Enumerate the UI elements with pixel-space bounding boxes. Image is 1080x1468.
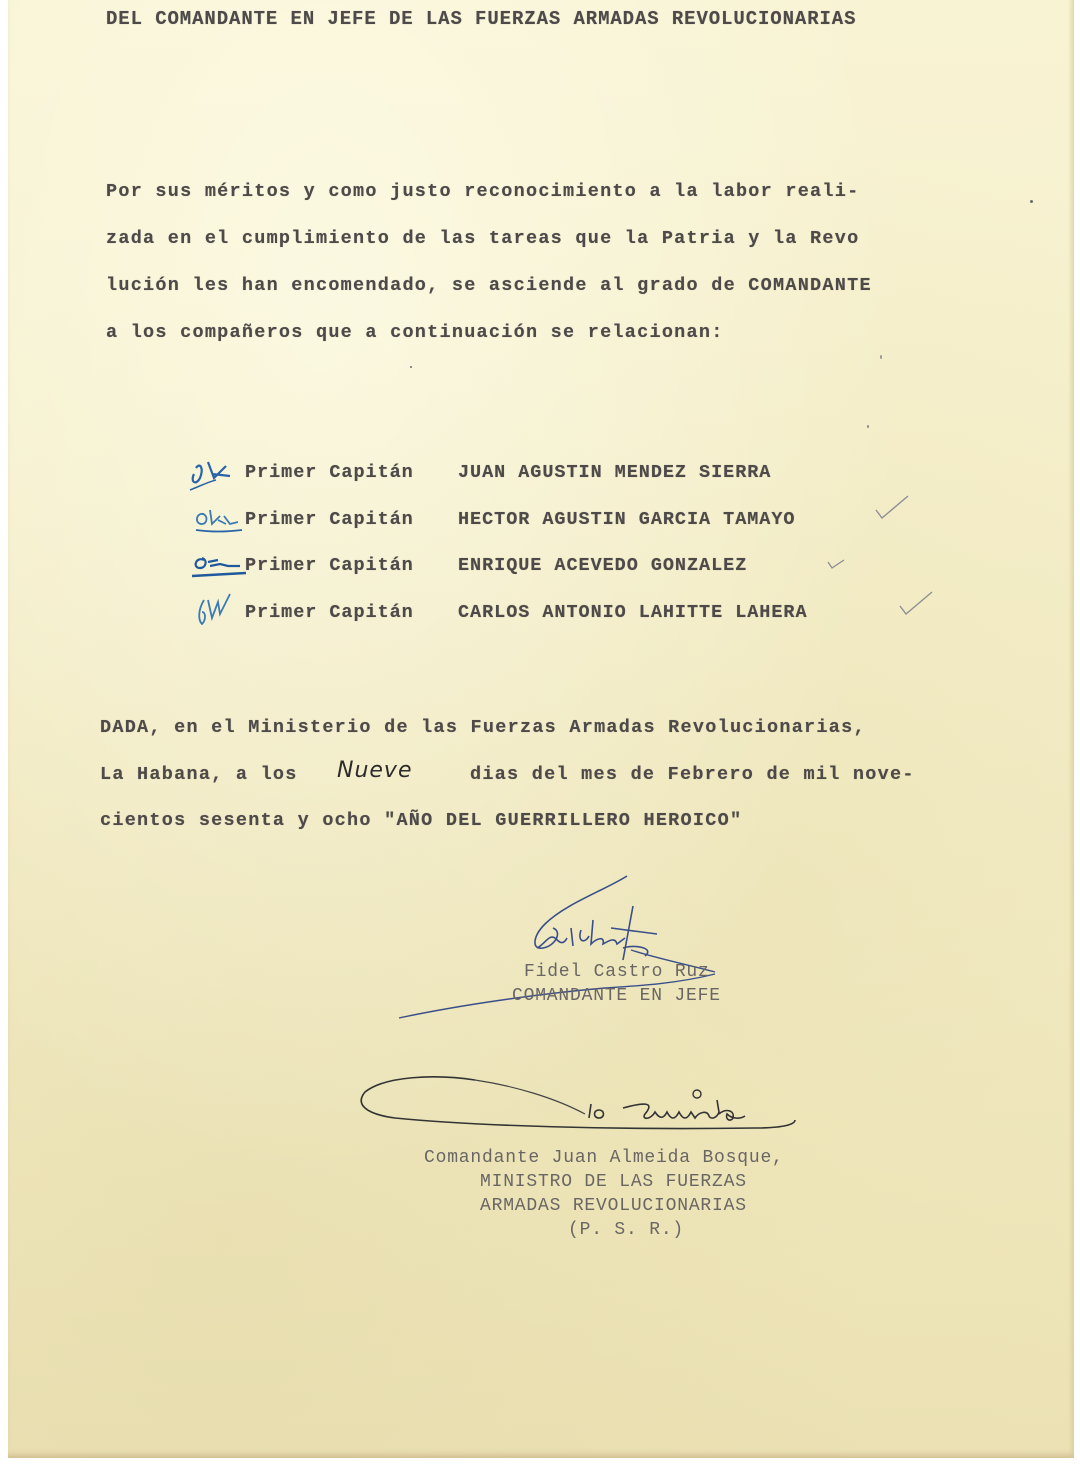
ok-annotation-icon xyxy=(188,546,248,582)
closing-line-2-prefix: La Habana, a los xyxy=(100,764,298,785)
intro-line-4: a los compañeros que a continuación se r… xyxy=(106,322,724,343)
signatory-title-almeida-2: ARMADAS REVOLUCIONARIAS xyxy=(480,1196,747,1216)
closing-line-1: DADA, en el Ministerio de las Fuerzas Ar… xyxy=(100,717,866,738)
paper-speck xyxy=(867,425,869,428)
check-mark-icon xyxy=(824,552,848,572)
paper-speck xyxy=(410,366,412,368)
promotion-rank: Primer Capitán xyxy=(245,509,414,530)
promotion-name: ENRIQUE ACEVEDO GONZALEZ xyxy=(458,555,747,576)
ok-annotation-icon xyxy=(190,500,246,536)
promotion-rank: Primer Capitán xyxy=(245,462,414,483)
promotion-name: CARLOS ANTONIO LAHITTE LAHERA xyxy=(458,602,808,623)
promotion-rank: Primer Capitán xyxy=(245,555,414,576)
paper-edge xyxy=(1068,0,1074,1458)
signature-juan-almeida xyxy=(355,1072,825,1152)
signatory-title-fidel: COMANDANTE EN JEFE xyxy=(512,986,721,1006)
intro-line-3: lución les han encomendado, se asciende … xyxy=(106,275,872,296)
signatory-title-almeida-1: MINISTRO DE LAS FUERZAS xyxy=(480,1172,747,1192)
intro-line-1: Por sus méritos y como justo reconocimie… xyxy=(106,181,859,202)
document-header: DEL COMANDANTE EN JEFE DE LAS FUERZAS AR… xyxy=(106,8,856,30)
closing-line-2-suffix: dias del mes de Febrero de mil nove- xyxy=(470,764,915,785)
check-mark-icon xyxy=(872,492,912,522)
promotion-name: HECTOR AGUSTIN GARCIA TAMAYO xyxy=(458,509,795,530)
ok-annotation-icon xyxy=(192,590,240,630)
paper-speck xyxy=(880,355,882,359)
intro-line-2: zada en el cumplimiento de las tareas qu… xyxy=(106,228,859,249)
handwritten-day: Nueve xyxy=(337,758,413,783)
signatory-name-almeida: Comandante Juan Almeida Bosque, xyxy=(424,1148,784,1168)
check-mark-icon xyxy=(896,588,936,618)
signatory-name-fidel: Fidel Castro Ruz xyxy=(524,962,710,982)
closing-line-3: cientos sesenta y ocho "AÑO DEL GUERRILL… xyxy=(100,810,742,831)
signatory-title-almeida-3: (P. S. R.) xyxy=(568,1220,684,1240)
paper-speck xyxy=(1030,200,1033,203)
promotion-name: JUAN AGUSTIN MENDEZ SIERRA xyxy=(458,462,771,483)
ok-annotation-icon xyxy=(186,452,238,492)
promotion-rank: Primer Capitán xyxy=(245,602,414,623)
